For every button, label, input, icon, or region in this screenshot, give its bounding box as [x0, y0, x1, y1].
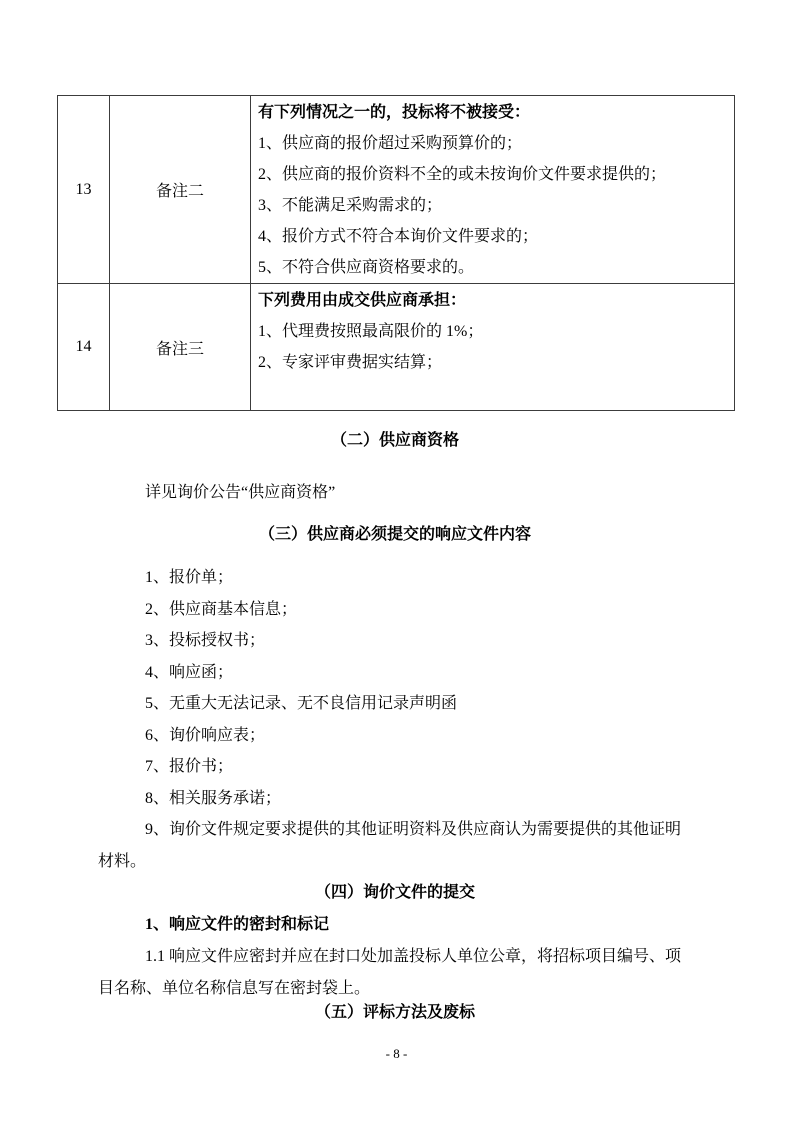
row-content-cell: 有下列情况之一的，投标将不被接受： 1、供应商的报价超过采购预算价的； 2、供应…: [251, 96, 735, 284]
row-number-cell: 14: [58, 284, 110, 411]
list-item: 5、无重大无法记录、无不良信用记录声明函: [98, 688, 692, 720]
list-item: 9、询价文件规定要求提供的其他证明资料及供应商认为需要提供的其他证明材料。: [98, 814, 692, 877]
table-cell-item: 1、供应商的报价超过采购预算价的；: [258, 128, 728, 159]
list-item: 6、询价响应表；: [98, 720, 692, 752]
list-item: 8、相关服务承诺；: [98, 783, 692, 815]
section-heading-4: （四）询价文件的提交: [98, 877, 692, 909]
section-2-paragraph: 详见询价公告“供应商资格”: [98, 477, 692, 509]
document-body: （二）供应商资格 详见询价公告“供应商资格” （三）供应商必须提交的响应文件内容…: [98, 425, 692, 1029]
table-cell-item: 4、报价方式不符合本询价文件要求的；: [258, 221, 728, 252]
table-cell-item: 2、专家评审费据实结算；: [258, 347, 728, 378]
section-heading-2: （二）供应商资格: [98, 425, 692, 457]
list-item: 1、报价单；: [98, 562, 692, 594]
page-number: - 8 -: [0, 1046, 793, 1062]
table-cell-item: 2、供应商的报价资料不全的或未按询价文件要求提供的；: [258, 159, 728, 190]
table-cell-item: 5、不符合供应商资格要求的。: [258, 252, 728, 283]
list-item: 3、投标授权书；: [98, 625, 692, 657]
row-content-cell: 下列费用由成交供应商承担： 1、代理费按照最高限价的 1%； 2、专家评审费据实…: [251, 284, 735, 411]
table-cell-item: 1、代理费按照最高限价的 1%；: [258, 316, 728, 347]
table-row: 14 备注三 下列费用由成交供应商承担： 1、代理费按照最高限价的 1%； 2、…: [58, 284, 735, 411]
table-row: 13 备注二 有下列情况之一的，投标将不被接受： 1、供应商的报价超过采购预算价…: [58, 96, 735, 284]
section-4-subheading: 1、响应文件的密封和标记: [98, 909, 692, 941]
table-cell-title: 有下列情况之一的，投标将不被接受：: [258, 97, 728, 128]
list-item: 7、报价书；: [98, 751, 692, 783]
row-label-cell: 备注三: [110, 284, 251, 411]
section-heading-3: （三）供应商必须提交的响应文件内容: [98, 519, 692, 551]
row-number-cell: 13: [58, 96, 110, 284]
remarks-table: 13 备注二 有下列情况之一的，投标将不被接受： 1、供应商的报价超过采购预算价…: [57, 95, 735, 411]
row-label-cell: 备注二: [110, 96, 251, 284]
list-item: 4、响应函；: [98, 657, 692, 689]
section-3-list: 1、报价单； 2、供应商基本信息； 3、投标授权书； 4、响应函； 5、无重大无…: [98, 562, 692, 877]
table-cell-item: 3、不能满足采购需求的；: [258, 190, 728, 221]
table-cell-title: 下列费用由成交供应商承担：: [258, 285, 728, 316]
document-page: 13 备注二 有下列情况之一的，投标将不被接受： 1、供应商的报价超过采购预算价…: [0, 0, 793, 1122]
list-item: 2、供应商基本信息；: [98, 594, 692, 626]
section-4-paragraph: 1.1 响应文件应密封并应在封口处加盖投标人单位公章，将招标项目编号、项目名称、…: [98, 941, 692, 1005]
